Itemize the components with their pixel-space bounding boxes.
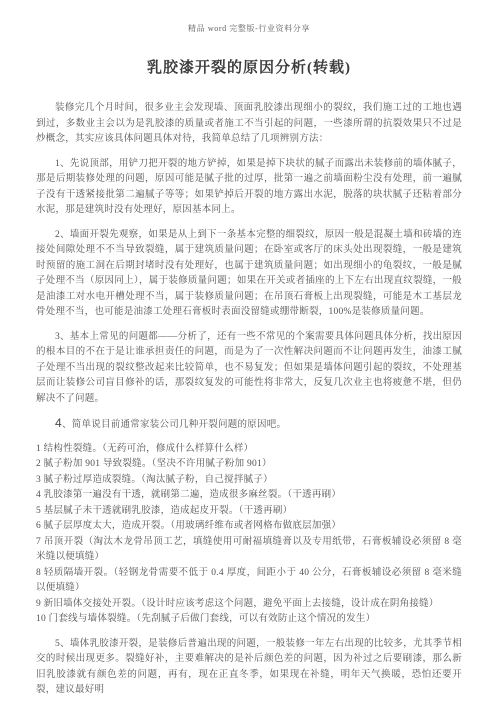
document-page: 精品 word 完整版-行业资料分享 乳胶漆开裂的原因分析(转载) 装修完几个月… bbox=[0, 0, 496, 702]
cause-item-7: 7 吊顶开裂（淘汰木龙骨吊顶工艺，填缝使用可耐福填缝膏以及专用纸带，石膏板辅设必… bbox=[36, 535, 462, 566]
paragraph-item4: 4、简单说目前通常家装公司几种开裂问题的原因吧。 bbox=[36, 416, 462, 434]
cause-item-9: 9 新旧墙体交接处开裂。（设计时应该考虑这个问题，避免平面上去接缝，设计成在阴角… bbox=[36, 597, 462, 613]
paragraph-item5: 5、墙体乳胶漆开裂，是装修后普遍出现的问题，一般装修一年左右出现的比较多，尤其季… bbox=[36, 637, 462, 699]
cause-item-10: 10 门套线与墙体裂缝。（先刮腻子后做门套线，可以有效防止这个情况的发生） bbox=[36, 612, 462, 628]
item4-text: 、简单说目前通常家装公司几种开裂问题的原因吧。 bbox=[62, 420, 286, 430]
page-title: 乳胶漆开裂的原因分析(转载) bbox=[36, 56, 462, 77]
cause-item-8: 8 轻质隔墙开裂。（轻钢龙骨需要不低于 0.4 厚度，间距小于 40 公分，石膏… bbox=[36, 566, 462, 597]
page-header: 精品 word 完整版-行业资料分享 bbox=[36, 0, 462, 34]
paragraph-item2: 2、墙面开裂先观察，如果是从上到下一条基本完整的细裂纹，原因一般是混凝土墙和砖墙… bbox=[36, 228, 462, 321]
cause-item-3: 3 腻子粉过厚造成裂缝。（淘汰腻子粉，自己搅拌腻子） bbox=[36, 473, 462, 489]
cause-item-4: 4 乳胶漆第一遍没有干透，就刷第二遍，造成很多麻丝裂。（干透再刷） bbox=[36, 488, 462, 504]
causes-list: 1 结构性裂缝。（无药可治，修成什么样算什么样） 2 腻子粉加 901 导致裂缝… bbox=[36, 442, 462, 628]
paragraph-intro: 装修完几个月时间，很多业主会发现墙、顶面乳胶漆出现细小的裂纹，我们施工过的工地也… bbox=[36, 101, 462, 148]
paragraph-item1: 1、先说顶部，用铲刀把开裂的地方铲掉，如果是掉下块状的腻子而露出未装修前的墙体腻… bbox=[36, 157, 462, 219]
paragraph-item3: 3、基本上常见的问题都——分析了，还有一些不常见的个案需要具体问题具体分析，找出… bbox=[36, 330, 462, 408]
cause-item-6: 6 腻子层厚度太大，造成开裂。（用玻璃纤维布或者网格布做底层加强） bbox=[36, 519, 462, 535]
cause-item-1: 1 结构性裂缝。（无药可治，修成什么样算什么样） bbox=[36, 442, 462, 458]
cause-item-2: 2 腻子粉加 901 导致裂缝。（坚决不许用腻子粉加 901） bbox=[36, 457, 462, 473]
page-header-text: 精品 word 完整版-行业资料分享 bbox=[188, 24, 310, 33]
document-body: 装修完几个月时间，很多业主会发现墙、顶面乳胶漆出现细小的裂纹，我们施工过的工地也… bbox=[36, 101, 462, 699]
cause-item-5: 5 基层腻子未干透就刷乳胶漆，造成起皮开裂。（干透再刷） bbox=[36, 504, 462, 520]
item4-number: 4 bbox=[55, 416, 62, 430]
